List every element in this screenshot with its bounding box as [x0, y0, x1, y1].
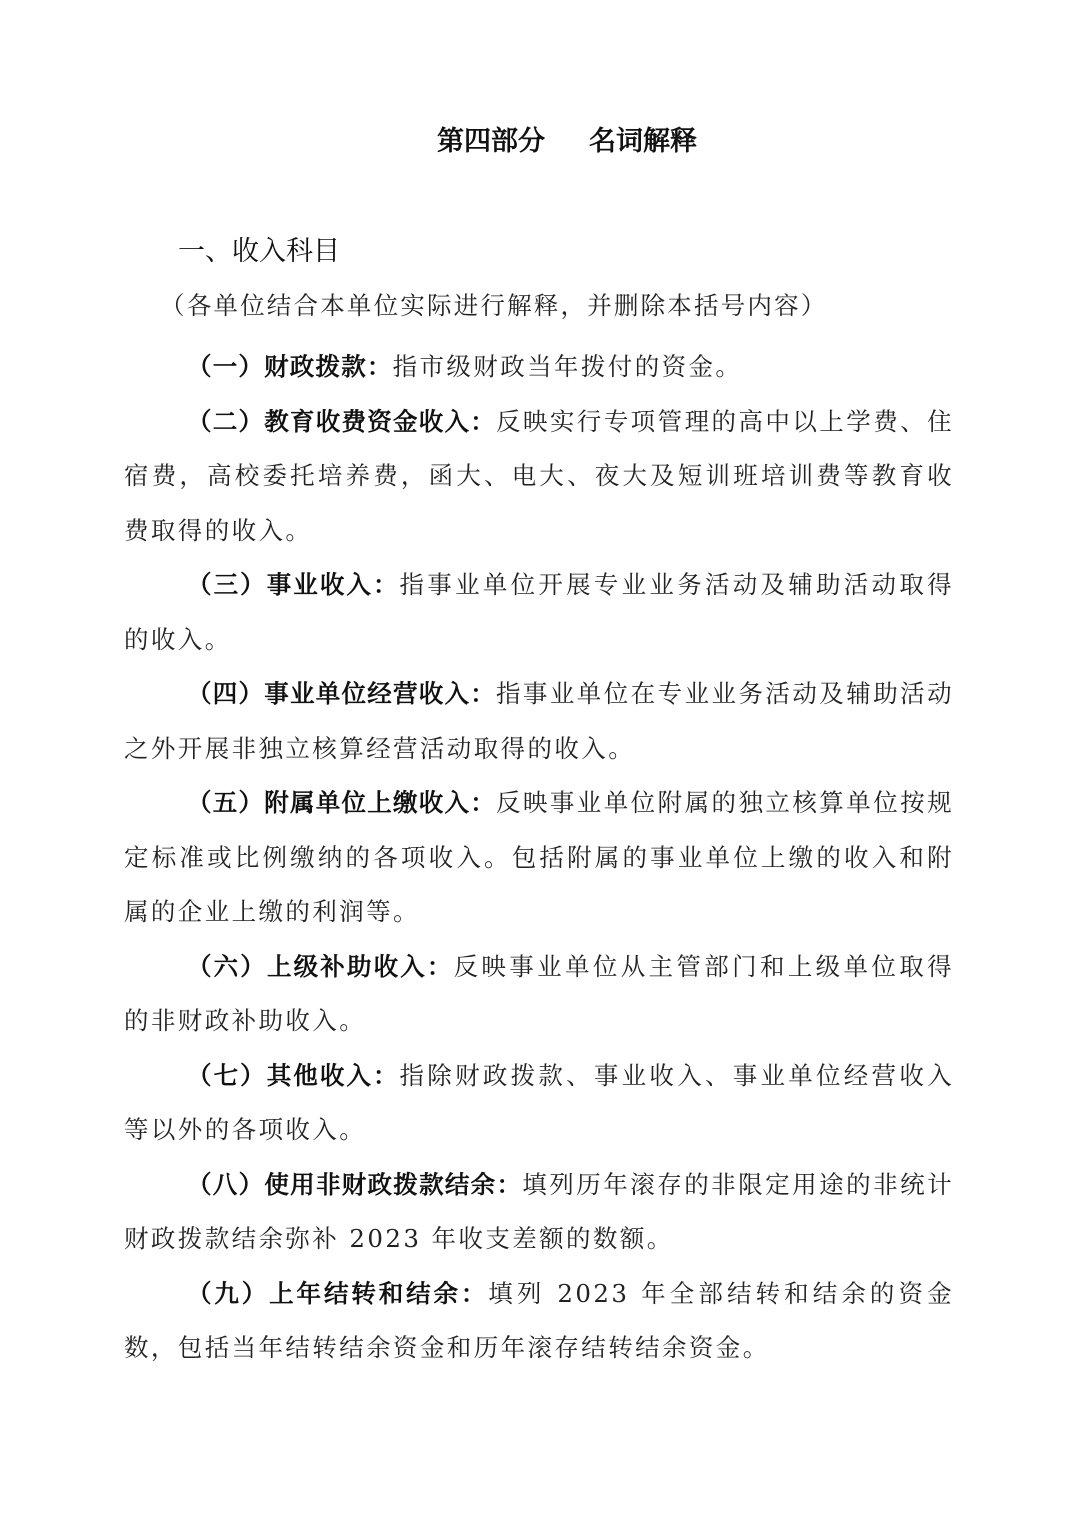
definition-item: （七）其他收入：指除财政拨款、事业收入、事业单位经营收入等以外的各项收入。 [124, 1049, 954, 1158]
definition-term: （三）事业收入： [187, 570, 400, 599]
definition-term: （六）上级补助收入： [187, 952, 454, 981]
definition-term: （一）财政拨款： [187, 352, 393, 381]
instruction-note: （各单位结合本单位实际进行解释，并删除本括号内容） [160, 288, 828, 324]
title-part: 第四部分 [437, 126, 545, 157]
section-heading: 一、收入科目 [178, 232, 340, 272]
definition-item: （一）财政拨款：指市级财政当年拨付的资金。 [124, 340, 954, 395]
definition-item: （六）上级补助收入：反映事业单位从主管部门和上级单位取得的非财政补助收入。 [124, 940, 954, 1049]
document-page: 第四部分名词解释 一、收入科目 （各单位结合本单位实际进行解释，并删除本括号内容… [0, 0, 1074, 1520]
definition-item: （九）上年结转和结余：填列 2023 年全部结转和结余的资金数，包括当年结转结余… [124, 1267, 954, 1376]
definition-term: （五）附属单位上缴收入： [187, 788, 496, 817]
definition-term: （八）使用非财政拨款结余： [187, 1170, 522, 1199]
definition-item: （五）附属单位上缴收入：反映事业单位附属的独立核算单位按规定标准或比例缴纳的各项… [124, 776, 954, 940]
definition-item: （二）教育收费资金收入：反映实行专项管理的高中以上学费、住宿费，高校委托培养费，… [124, 395, 954, 559]
definition-text: 指市级财政当年拨付的资金。 [393, 352, 743, 381]
definition-item: （三）事业收入：指事业单位开展专业业务活动及辅助活动取得的收入。 [124, 558, 954, 667]
title-name: 名词解释 [589, 126, 697, 157]
page-title: 第四部分名词解释 [0, 122, 1074, 162]
definition-term: （七）其他收入： [187, 1061, 400, 1090]
definition-term: （二）教育收费资金收入： [187, 407, 496, 436]
definition-term: （九）上年结转和结余： [187, 1279, 488, 1308]
definition-item: （四）事业单位经营收入：指事业单位在专业业务活动及辅助活动之外开展非独立核算经营… [124, 667, 954, 776]
definitions-list: （一）财政拨款：指市级财政当年拨付的资金。 （二）教育收费资金收入：反映实行专项… [124, 340, 954, 1376]
definition-term: （四）事业单位经营收入： [187, 679, 496, 708]
definition-item: （八）使用非财政拨款结余：填列历年滚存的非限定用途的非统计财政拨款结余弥补 20… [124, 1158, 954, 1267]
